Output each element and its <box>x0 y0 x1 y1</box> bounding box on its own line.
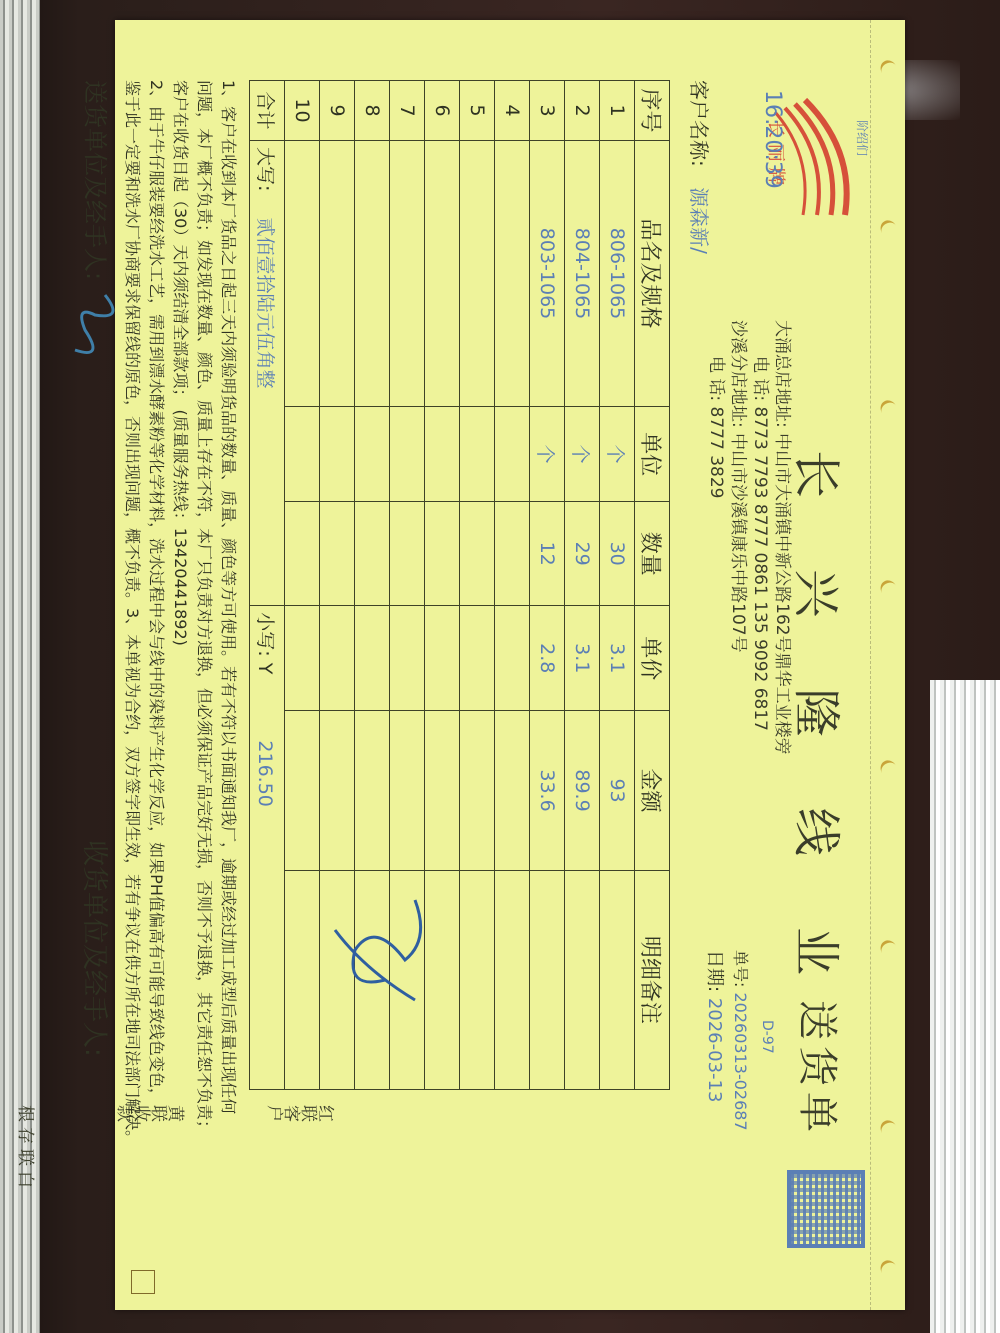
col-header-qty: 数量 <box>635 502 670 606</box>
row-unit: 个 <box>600 407 635 502</box>
row-item <box>425 140 460 406</box>
hq-address: 中山市大涌镇中新公路162号鼎华工业楼旁 <box>772 433 792 754</box>
line-items-table: 序号 品名及规格 单位 数量 单价 金额 明细备注 1 806-1065 个 3… <box>249 80 670 1090</box>
table-row: 5 <box>460 81 495 1090</box>
row-item <box>285 140 320 406</box>
registration-mark-icon <box>131 1270 155 1294</box>
row-unit: 个 <box>530 407 565 502</box>
terms-line: 问题，本厂概不负责；如发现在数量、颜色、质量上存在不符，本厂只负责对方退换，但必… <box>192 80 216 1270</box>
row-unit <box>390 407 425 502</box>
row-no: 4 <box>495 81 530 141</box>
row-amount <box>495 711 530 871</box>
row-price <box>285 606 320 711</box>
row-no: 3 <box>530 81 565 141</box>
branch-phone-label: 电 话: <box>706 356 726 401</box>
uppercase-label: 大写: <box>255 147 277 191</box>
row-qty <box>390 502 425 606</box>
order-number: 20260313-02687 <box>731 993 750 1131</box>
row-price <box>495 606 530 711</box>
row-no: 6 <box>425 81 460 141</box>
table-header-row: 序号 品名及规格 单位 数量 单价 金额 明细备注 <box>635 81 670 1090</box>
customer-label: 客户名称: <box>687 80 711 167</box>
hq-address-row: 大涌总店地址: 中山市大涌镇中新公路162号鼎华工业楼旁 <box>771 320 793 755</box>
hq-phone-label: 电 话: <box>750 356 770 401</box>
feed-hole-icon <box>877 577 900 601</box>
row-amount <box>460 711 495 871</box>
row-price: 3.1 <box>600 606 635 711</box>
row-item <box>355 140 390 406</box>
row-amount: 89.9 <box>565 711 600 871</box>
row-unit <box>320 407 355 502</box>
total-row: 合计 大写: 贰佰壹拾陆元伍角整 小写: Y 216.50 <box>250 81 285 1090</box>
total-lowercase-cell: 小写: Y 216.50 <box>250 606 285 1090</box>
total-label: 合计 <box>250 81 285 141</box>
row-no: 8 <box>355 81 390 141</box>
hq-address-label: 大涌总店地址: <box>772 320 792 428</box>
col-header-no: 序号 <box>635 81 670 141</box>
form-code: D-97 <box>759 1020 775 1054</box>
feed-hole-icon <box>877 757 900 781</box>
qr-code <box>787 1170 865 1248</box>
customer-name: 源森新/ <box>687 187 711 254</box>
row-amount <box>320 711 355 871</box>
row-price: 3.1 <box>565 606 600 711</box>
row-no: 7 <box>390 81 425 141</box>
row-qty: 29 <box>565 502 600 606</box>
row-no: 5 <box>460 81 495 141</box>
row-item <box>495 140 530 406</box>
row-qty: 12 <box>530 502 565 606</box>
handwritten-signature-icon <box>315 880 435 1020</box>
print-time: 16:20:39 <box>760 90 785 189</box>
row-amount <box>285 711 320 871</box>
row-note <box>495 870 530 1089</box>
perforation-strip-top <box>870 20 905 1310</box>
document-type: 送货单 <box>792 1000 849 1138</box>
row-qty <box>285 502 320 606</box>
lowercase-amount: 216.50 <box>255 740 277 806</box>
row-amount: 93 <box>600 711 635 871</box>
col-header-notes: 明细备注 <box>635 870 670 1089</box>
row-amount <box>355 711 390 871</box>
row-unit <box>460 407 495 502</box>
row-note <box>530 870 565 1089</box>
uppercase-amount: 贰佰壹拾陆元伍角整 <box>255 217 277 388</box>
row-qty: 30 <box>600 502 635 606</box>
terms-and-conditions: 1、客户在收到本厂货品之日起三天内须验明货品的数量、质量、颜色等方可使用。若有不… <box>120 80 240 1270</box>
table-row: 4 <box>495 81 530 1090</box>
row-unit <box>495 407 530 502</box>
row-price: 2.8 <box>530 606 565 711</box>
row-note <box>565 870 600 1089</box>
receiver-signature-label: 收货单位及经手人: <box>78 840 115 1057</box>
row-unit: 个 <box>565 407 600 502</box>
terms-line: 客户在收货日起（30）天内须结清全部款项； (质量服务热线：1342044189… <box>168 80 192 1270</box>
row-price <box>425 606 460 711</box>
order-number-label: 单号: <box>731 950 750 987</box>
row-no: 2 <box>565 81 600 141</box>
customer-row: 客户名称: 源森新/ <box>686 80 715 254</box>
terms-line: 1、客户在收到本厂货品之日起三天内须验明货品的数量、质量、颜色等方可使用。若有不… <box>216 80 240 1270</box>
row-no: 10 <box>285 81 320 141</box>
row-item: 803-1065 <box>530 140 565 406</box>
row-item <box>320 140 355 406</box>
row-no: 9 <box>320 81 355 141</box>
total-uppercase-cell: 大写: 贰佰壹拾陆元伍角整 <box>250 140 285 605</box>
row-item: 806-1065 <box>600 140 635 406</box>
company-name: 长 兴 隆 线 业 <box>786 450 855 1003</box>
branch-phone: 8777 3829 <box>706 407 726 499</box>
row-unit <box>425 407 460 502</box>
row-qty <box>495 502 530 606</box>
col-header-amount: 金额 <box>635 711 670 871</box>
date-row: 日期: 2026-03-13 <box>703 950 729 1102</box>
copy-red: 红联客户 <box>267 1100 335 1122</box>
row-item <box>390 140 425 406</box>
lowercase-label: 小写: Y <box>255 612 277 674</box>
row-price <box>320 606 355 711</box>
row-unit <box>355 407 390 502</box>
row-amount: 33.6 <box>530 711 565 871</box>
row-no: 1 <box>600 81 635 141</box>
copy-white: 白联存根 <box>18 1100 35 1188</box>
logo-caption: 阶绍们 <box>854 120 871 156</box>
branch-address-label: 沙溪分店地址: <box>728 320 748 428</box>
feed-hole-icon <box>877 1257 900 1281</box>
row-item: 804-1065 <box>565 140 600 406</box>
feed-hole-icon <box>877 217 900 241</box>
table-row: 2 804-1065 个 29 3.1 89.9 <box>565 81 600 1090</box>
row-qty <box>460 502 495 606</box>
branch-address: 中山市沙溪镇康乐中路107号 <box>728 433 748 652</box>
col-header-item: 品名及规格 <box>635 140 670 406</box>
sender-signature-label: 送货单位及经手人: <box>80 80 115 280</box>
hq-phone-row: 电 话: 8773 7793 8777 0861 135 9092 6817 <box>749 356 771 731</box>
terms-line: 鉴于此一定要和洗水厂协商要求保留线的原色，否则出现问题，概不负责。3、本单视为合… <box>120 80 144 1270</box>
paper-stack-right <box>930 680 1000 1333</box>
hq-phone: 8773 7793 8777 0861 135 9092 6817 <box>750 407 770 731</box>
date-value: 2026-03-13 <box>704 998 725 1103</box>
terms-line: 2、由于牛仔服装要经洗水工艺，需用到漂水酵素粉等化学材料，洗水过程中会与线中的染… <box>144 80 168 1270</box>
date-label: 日期: <box>704 950 725 992</box>
sender-handwritten-mark-icon <box>65 290 125 370</box>
row-qty <box>320 502 355 606</box>
delivery-note: 长 丽 牌 阶绍们 16:20:39 长 兴 隆 线 业 送货单 大涌总店地址:… <box>115 20 905 1310</box>
feed-hole-icon <box>877 937 900 961</box>
col-header-unit: 单位 <box>635 407 670 502</box>
row-price <box>355 606 390 711</box>
table-row: 1 806-1065 个 30 3.1 93 <box>600 81 635 1090</box>
col-header-price: 单价 <box>635 606 670 711</box>
row-price <box>390 606 425 711</box>
branch-phone-row: 电 话: 8777 3829 <box>705 356 727 498</box>
row-price <box>460 606 495 711</box>
row-qty <box>355 502 390 606</box>
row-item <box>460 140 495 406</box>
row-unit <box>285 407 320 502</box>
row-qty <box>425 502 460 606</box>
table-row: 3 803-1065 个 12 2.8 33.6 <box>530 81 565 1090</box>
row-note <box>600 870 635 1089</box>
branch-address-row: 沙溪分店地址: 中山市沙溪镇康乐中路107号 <box>727 320 749 653</box>
row-amount <box>390 711 425 871</box>
row-note <box>460 870 495 1089</box>
feed-hole-icon <box>877 57 900 81</box>
row-amount <box>425 711 460 871</box>
feed-hole-icon <box>877 1117 900 1141</box>
feed-hole-icon <box>877 397 900 421</box>
order-number-row: 单号: 20260313-02687 <box>730 950 753 1131</box>
